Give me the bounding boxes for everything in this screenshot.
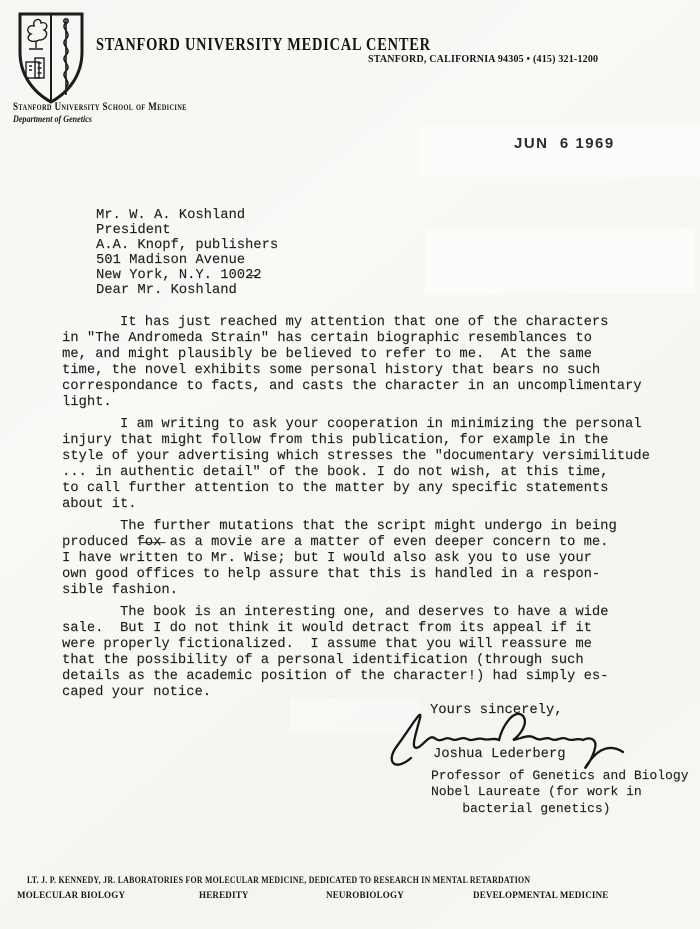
footer-dept-neurobiology: NEUROBIOLOGY (326, 890, 404, 900)
paragraph-1: It has just reached my attention that on… (62, 315, 672, 411)
scanned-letter-page: STANFORD UNIVERSITY MEDICAL CENTER STANF… (0, 0, 700, 929)
salutation: Dear Mr. Koshland (96, 283, 672, 299)
recipient-address: Mr. W. A. Koshland President A.A. Knopf,… (96, 208, 672, 283)
footer-dept-developmental-medicine: DEVELOPMENTAL MEDICINE (473, 890, 609, 900)
stanford-shield-icon (16, 10, 86, 106)
shield-tree (28, 19, 47, 49)
department-label: Department of Genetics (13, 115, 92, 125)
paragraph-4: The book is an interesting one, and dese… (62, 605, 672, 701)
shield-asclepius-staff-icon (64, 19, 68, 95)
footer-laboratories-line: LT. J. P. KENNEDY, JR. LABORATORIES FOR … (27, 875, 530, 885)
header-address-line: STANFORD, CALIFORNIA 94305 • (415) 321-1… (368, 54, 598, 65)
shield-building (26, 58, 44, 78)
paragraph-2: I am writing to ask your cooperation in … (62, 417, 672, 513)
footer-dept-heredity: HEREDITY (199, 890, 249, 900)
medical-center-title: STANFORD UNIVERSITY MEDICAL CENTER (96, 34, 431, 55)
signatory-titles: Professor of Genetics and Biology Nobel … (431, 768, 688, 817)
school-of-medicine-label: Stanford University School of Medicine (13, 101, 187, 113)
received-date-stamp: JUN 6 1969 (514, 135, 615, 152)
footer-dept-molecular-biology: MOLECULAR BIOLOGY (17, 890, 125, 900)
letter-body: Mr. W. A. Koshland President A.A. Knopf,… (62, 208, 672, 701)
signatory-name: Joshua Lederberg (433, 747, 565, 762)
paragraph-3: The further mutations that the script mi… (62, 519, 672, 599)
